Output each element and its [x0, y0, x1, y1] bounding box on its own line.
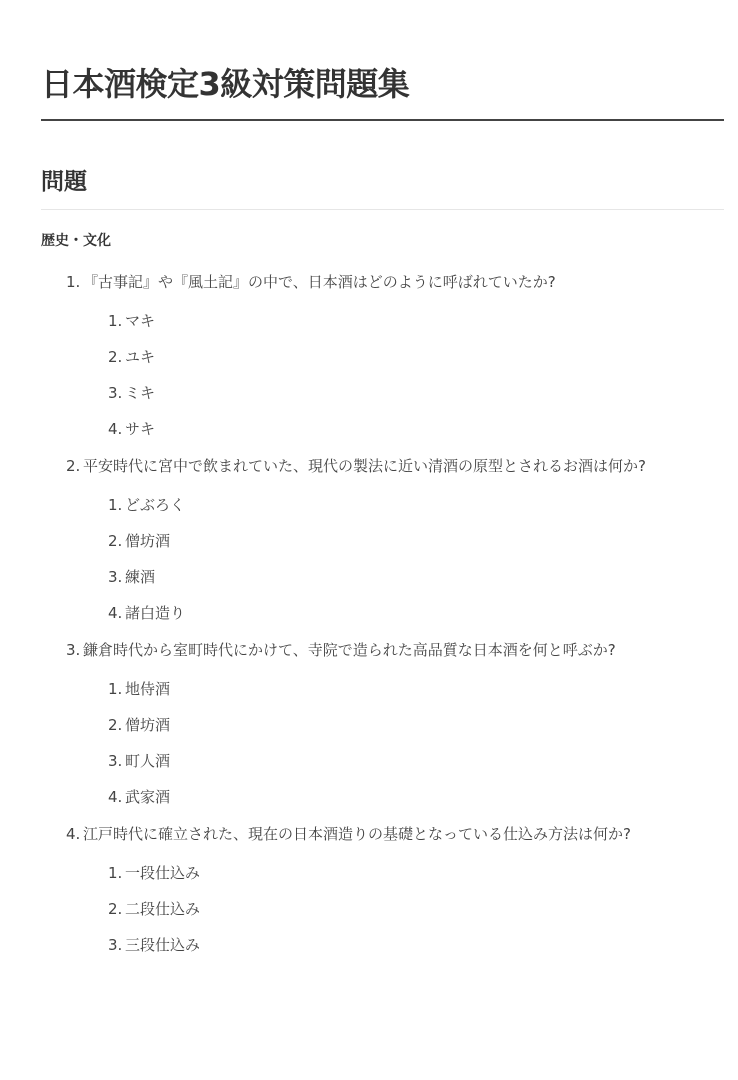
question-number: 3. [66, 636, 83, 665]
choice-item: 4.サキ [108, 416, 724, 442]
choice-list: 1.地侍酒 2.僧坊酒 3.町人酒 4.武家酒 [66, 676, 724, 810]
choice-text: 練酒 [125, 564, 155, 590]
question-number: 2. [66, 452, 83, 481]
choice-number: 4. [108, 416, 125, 442]
choice-number: 1. [108, 676, 125, 702]
choice-item: 2.ユキ [108, 344, 724, 370]
choice-text: ユキ [125, 344, 155, 370]
choice-item: 1.どぶろく [108, 492, 724, 518]
choice-number: 4. [108, 600, 125, 626]
choice-text: 諸白造り [125, 600, 185, 626]
choice-item: 4.諸白造り [108, 600, 724, 626]
choice-text: 武家酒 [125, 784, 170, 810]
choice-item: 2.僧坊酒 [108, 712, 724, 738]
choice-number: 2. [108, 712, 125, 738]
choice-number: 3. [108, 380, 125, 406]
choice-text: サキ [125, 416, 155, 442]
choice-item: 2.二段仕込み [108, 896, 724, 922]
choice-item: 1.マキ [108, 308, 724, 334]
question-body: 鎌倉時代から室町時代にかけて、寺院で造られた高品質な日本酒を何と呼ぶか? [83, 636, 724, 665]
choice-list: 1.一段仕込み 2.二段仕込み 3.三段仕込み [66, 860, 724, 958]
choice-item: 1.一段仕込み [108, 860, 724, 886]
choice-number: 4. [108, 784, 125, 810]
choice-text: 町人酒 [125, 748, 170, 774]
section-heading: 問題 [41, 165, 724, 210]
question-text: 1. 『古事記』や『風土記』の中で、日本酒はどのように呼ばれていたか? [66, 268, 724, 297]
question-item: 4. 江戸時代に確立された、現在の日本酒造りの基礎となっている仕込み方法は何か?… [66, 820, 724, 958]
choice-number: 1. [108, 860, 125, 886]
choice-text: マキ [125, 308, 155, 334]
choice-number: 3. [108, 564, 125, 590]
question-body: 『古事記』や『風土記』の中で、日本酒はどのように呼ばれていたか? [83, 268, 724, 297]
choice-number: 2. [108, 528, 125, 554]
question-number: 4. [66, 820, 83, 849]
choice-list: 1.どぶろく 2.僧坊酒 3.練酒 4.諸白造り [66, 492, 724, 626]
choice-text: 僧坊酒 [125, 712, 170, 738]
choice-item: 3.ミキ [108, 380, 724, 406]
choice-number: 1. [108, 492, 125, 518]
page-title: 日本酒検定3級対策問題集 [41, 0, 724, 121]
question-text: 4. 江戸時代に確立された、現在の日本酒造りの基礎となっている仕込み方法は何か? [66, 820, 724, 849]
question-body: 江戸時代に確立された、現在の日本酒造りの基礎となっている仕込み方法は何か? [83, 820, 724, 849]
choice-number: 1. [108, 308, 125, 334]
choice-text: 地侍酒 [125, 676, 170, 702]
choice-text: 二段仕込み [125, 896, 200, 922]
choice-item: 2.僧坊酒 [108, 528, 724, 554]
choice-item: 3.町人酒 [108, 748, 724, 774]
question-text: 2. 平安時代に宮中で飲まれていた、現代の製法に近い清酒の原型とされるお酒は何か… [66, 452, 724, 481]
category-heading: 歴史・文化 [41, 230, 724, 252]
question-item: 1. 『古事記』や『風土記』の中で、日本酒はどのように呼ばれていたか? 1.マキ… [66, 268, 724, 442]
choice-text: 三段仕込み [125, 932, 200, 958]
question-item: 3. 鎌倉時代から室町時代にかけて、寺院で造られた高品質な日本酒を何と呼ぶか? … [66, 636, 724, 810]
choice-number: 2. [108, 344, 125, 370]
choice-text: 僧坊酒 [125, 528, 170, 554]
choice-text: どぶろく [125, 492, 185, 518]
question-number: 1. [66, 268, 83, 297]
choice-text: 一段仕込み [125, 860, 200, 886]
choice-item: 4.武家酒 [108, 784, 724, 810]
question-body: 平安時代に宮中で飲まれていた、現代の製法に近い清酒の原型とされるお酒は何か? [83, 452, 724, 481]
document-page: 日本酒検定3級対策問題集 問題 歴史・文化 1. 『古事記』や『風土記』の中で、… [0, 0, 738, 958]
choice-item: 3.三段仕込み [108, 932, 724, 958]
question-text: 3. 鎌倉時代から室町時代にかけて、寺院で造られた高品質な日本酒を何と呼ぶか? [66, 636, 724, 665]
choice-item: 1.地侍酒 [108, 676, 724, 702]
choice-list: 1.マキ 2.ユキ 3.ミキ 4.サキ [66, 308, 724, 442]
choice-number: 2. [108, 896, 125, 922]
question-item: 2. 平安時代に宮中で飲まれていた、現代の製法に近い清酒の原型とされるお酒は何か… [66, 452, 724, 626]
choice-text: ミキ [125, 380, 155, 406]
choice-number: 3. [108, 932, 125, 958]
choice-item: 3.練酒 [108, 564, 724, 590]
question-list: 1. 『古事記』や『風土記』の中で、日本酒はどのように呼ばれていたか? 1.マキ… [41, 268, 724, 958]
choice-number: 3. [108, 748, 125, 774]
